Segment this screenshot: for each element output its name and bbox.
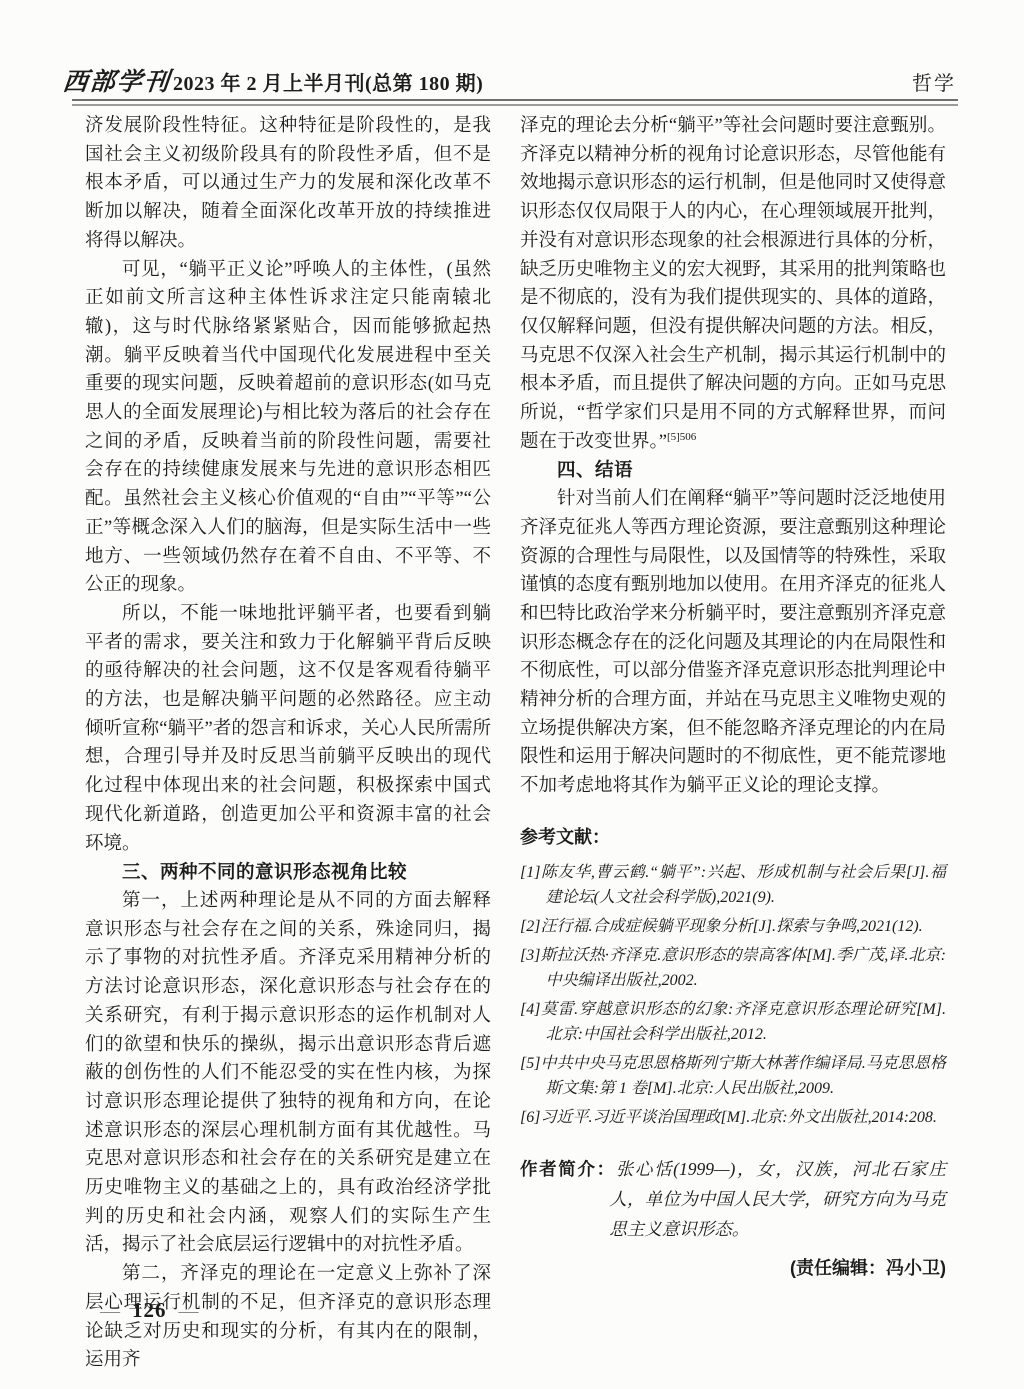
editor-note: (责任编辑：冯小卫) [520,1254,946,1283]
author-bio: 作者简介：张心恬(1999—)，女，汉族，河北石家庄人，单位为中国人民大学，研究… [520,1154,946,1244]
reference-item: [2]汪行福.合成症候躺平现象分析[J].探索与争鸣,2021(12). [520,914,946,939]
paragraph: 第一，上述两种理论是从不同的方面去解释意识形态与社会存在之间的关系，殊途同归，揭… [85,887,491,1260]
issue-info: 2023 年 2 月上半月刊(总第 180 期) [173,67,483,96]
section-label: 哲学 [912,67,956,96]
reference-item: [3]斯拉沃热·齐泽克.意识形态的崇高客体[M].季广茂,译.北京:中央编译出版… [520,943,946,993]
paragraph: 所以，不能一味地批评躺平者，也要看到躺平者的需求，要关注和致力于化解躺平背后反映… [85,600,491,858]
right-column: 泽克的理论去分析“躺平”等社会问题时要注意甄别。齐泽克以精神分析的视角讨论意识形… [520,112,946,1282]
references-title: 参考文献： [520,823,946,852]
header-double-rule [72,99,958,106]
left-column: 济发展阶段性特征。这种特征是阶段性的，是我国社会主义初级阶段具有的阶段性矛盾，但… [85,112,491,1375]
reference-item: [6]习近平.习近平谈治国理政[M].北京:外文出版社,2014:208. [520,1105,946,1130]
paragraph-continuation: 济发展阶段性特征。这种特征是阶段性的，是我国社会主义初级阶段具有的阶段性矛盾，但… [85,112,491,256]
page-number: 126 [132,1298,167,1322]
footer-dash-right: — [179,1300,199,1322]
section-heading-three: 三、两种不同的意识形态视角比较 [85,858,491,887]
paragraph: 针对当前人们在阐释“躺平”等问题时泛泛地使用齐泽克征兆人等西方理论资源，要注意甄… [520,485,946,801]
paragraph-text: 泽克的理论去分析“躺平”等社会问题时要注意甄别。齐泽克以精神分析的视角讨论意识形… [520,116,946,452]
author-bio-text: 张心恬(1999—)，女，汉族，河北石家庄人，单位为中国人民大学，研究方向为马克… [609,1159,946,1239]
author-bio-label: 作者简介： [520,1159,616,1179]
reference-item: [4]莫雷.穿越意识形态的幻象:齐泽克意识形态理论研究[M].北京:中国社会科学… [520,997,946,1047]
paragraph-continuation: 泽克的理论去分析“躺平”等社会问题时要注意甄别。齐泽克以精神分析的视角讨论意识形… [520,112,946,456]
section-heading-four: 四、结语 [520,456,946,485]
paragraph: 可见，“躺平正义论”呼唤人的主体性，(虽然正如前文所言这种主体性诉求注定只能南辕… [85,256,491,600]
reference-item: [1]陈友华,曹云鹤.“躺平”:兴起、形成机制与社会后果[J].福建论坛(人文社… [520,860,946,910]
journal-page: 西部学刊 2023 年 2 月上半月刊(总第 180 期) 哲学 济发展阶段性特… [0,0,1024,1389]
citation-superscript: [5]506 [667,431,696,443]
journal-logo: 西部学刊 [61,62,173,98]
reference-item: [5]中共中央马克思恩格斯列宁斯大林著作编译局.马克思恩格斯文集:第 1 卷[M… [520,1051,946,1101]
header-left: 西部学刊 2023 年 2 月上半月刊(总第 180 期) [63,62,483,98]
footer-dash-left: — [100,1300,120,1322]
references-list: [1]陈友华,曹云鹤.“躺平”:兴起、形成机制与社会后果[J].福建论坛(人文社… [520,860,946,1130]
page-header: 西部学刊 2023 年 2 月上半月刊(总第 180 期) 哲学 [63,62,956,98]
page-footer: —126— [88,1298,211,1323]
